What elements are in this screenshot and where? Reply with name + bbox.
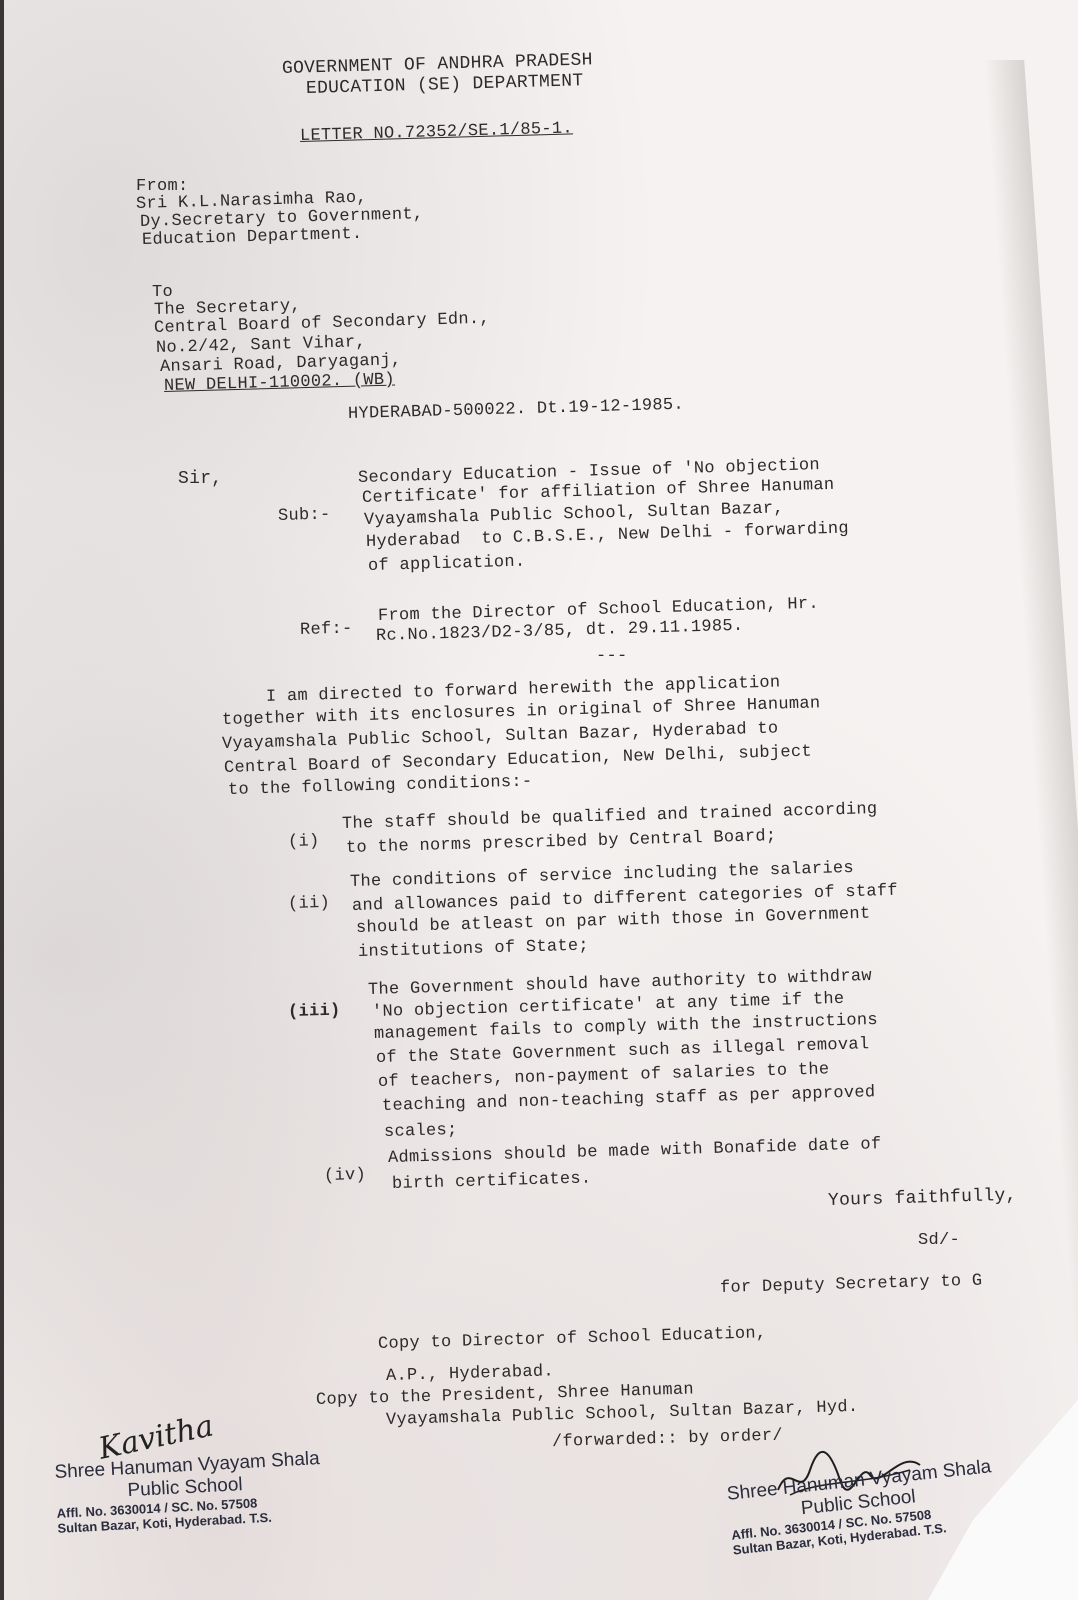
condition-1-number: (i) (288, 833, 320, 852)
subject-label: Sub:- (278, 507, 331, 526)
to-label: To (152, 284, 173, 302)
condition-4-number: (iv) (324, 1167, 367, 1186)
reference-label: Ref:- (300, 621, 353, 640)
page-edge (0, 0, 4, 1600)
reference-separator: --- (596, 648, 628, 666)
condition-3-number: (iii) (288, 1003, 341, 1022)
closing-sd: Sd/- (918, 1232, 960, 1250)
closing-yours-faithfully: Yours faithfully, (828, 1187, 1017, 1210)
condition-2-number: (ii) (288, 895, 331, 914)
left-school-stamp: Shree Hanuman Vyayam Shala Public School… (54, 1448, 323, 1536)
salutation: Sir, (178, 470, 222, 488)
condition-3-line-7: scales; (384, 1122, 458, 1142)
